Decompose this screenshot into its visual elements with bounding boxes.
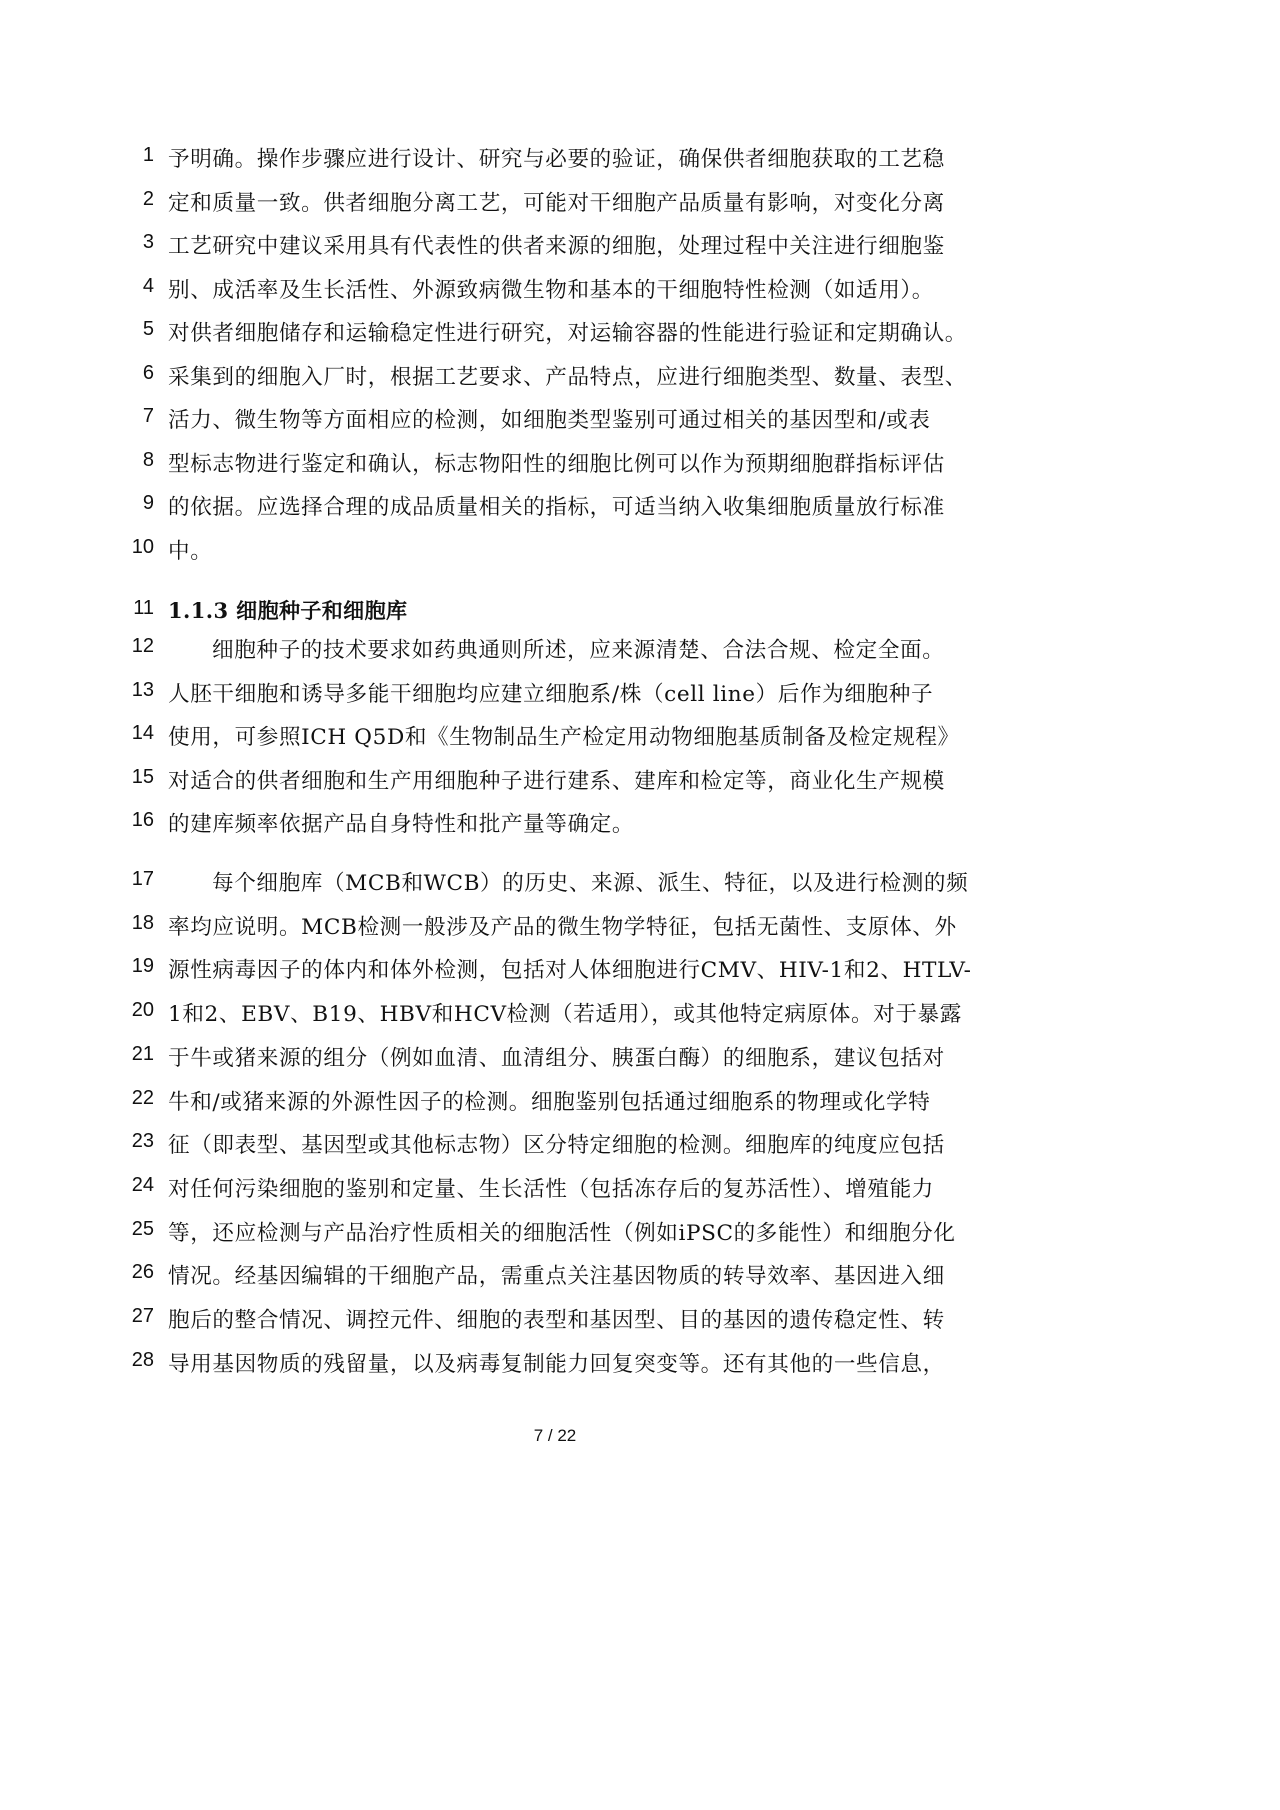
line-number: 5 [100, 318, 154, 341]
line-number: 7 [100, 405, 154, 428]
line-text: 情况。经基因编辑的干细胞产品，需重点关注基因物质的转导效率、基因进入细 [168, 1259, 1118, 1290]
document-page: 1 予明确。操作步骤应进行设计、研究与必要的验证，确保供者细胞获取的工艺稳 2 … [0, 0, 1280, 1810]
line-text: 牛和/或猪来源的外源性因子的检测。细胞鉴别包括通过细胞系的物理或化学特 [168, 1085, 1118, 1116]
line-text: 于牛或猪来源的组分（例如血清、血清组分、胰蛋白酶）的细胞系，建议包括对 [168, 1041, 1118, 1072]
text-line: 21 于牛或猪来源的组分（例如血清、血清组分、胰蛋白酶）的细胞系，建议包括对 [0, 1039, 1280, 1073]
text-line: 15 对适合的供者细胞和生产用细胞种子进行建系、建库和检定等，商业化生产规模 [0, 762, 1280, 796]
section-heading-line: 11 1.1.3 细胞种子和细胞库 [0, 593, 1280, 627]
text-line: 23 征（即表型、基因型或其他标志物）区分特定细胞的检测。细胞库的纯度应包括 [0, 1126, 1280, 1160]
text-line: 2 定和质量一致。供者细胞分离工艺，可能对干细胞产品质量有影响，对变化分离 [0, 184, 1280, 218]
text-line: 4 别、成活率及生长活性、外源致病微生物和基本的干细胞特性检测（如适用）。 [0, 271, 1280, 305]
line-number: 4 [100, 275, 154, 298]
line-text: 定和质量一致。供者细胞分离工艺，可能对干细胞产品质量有影响，对变化分离 [168, 186, 1118, 217]
line-text: 的依据。应选择合理的成品质量相关的指标，可适当纳入收集细胞质量放行标准 [168, 490, 1118, 521]
line-number: 27 [100, 1305, 154, 1328]
line-text: 采集到的细胞入厂时，根据工艺要求、产品特点，应进行细胞类型、数量、表型、 [168, 360, 1118, 391]
line-number: 26 [100, 1261, 154, 1284]
line-text: 源性病毒因子的体内和体外检测，包括对人体细胞进行CMV、HIV-1和2、HTLV… [168, 953, 1118, 984]
line-number: 13 [100, 679, 154, 702]
line-text: 每个细胞库（MCB和WCB）的历史、来源、派生、特征，以及进行检测的频 [168, 866, 1118, 897]
line-number: 14 [100, 722, 154, 745]
text-line: 1 予明确。操作步骤应进行设计、研究与必要的验证，确保供者细胞获取的工艺稳 [0, 140, 1280, 174]
line-text: 人胚干细胞和诱导多能干细胞均应建立细胞系/株（cell line）后作为细胞种子 [168, 677, 1118, 708]
line-number: 2 [100, 188, 154, 211]
line-text: 使用，可参照ICH Q5D和《生物制品生产检定用动物细胞基质制备及检定规程》 [168, 720, 1118, 751]
line-number: 19 [100, 955, 154, 978]
text-line: 8 型标志物进行鉴定和确认，标志物阳性的细胞比例可以作为预期细胞群指标评估 [0, 445, 1280, 479]
text-line: 12 细胞种子的技术要求如药典通则所述，应来源清楚、合法合规、检定全面。 [0, 631, 1280, 665]
text-line: 28 导用基因物质的残留量，以及病毒复制能力回复突变等。还有其他的一些信息， [0, 1345, 1280, 1379]
line-number: 9 [100, 492, 154, 515]
line-text: 的建库频率依据产品自身特性和批产量等确定。 [168, 807, 1118, 838]
line-number: 6 [100, 362, 154, 385]
line-text: 细胞种子的技术要求如药典通则所述，应来源清楚、合法合规、检定全面。 [168, 633, 1118, 664]
line-text: 对适合的供者细胞和生产用细胞种子进行建系、建库和检定等，商业化生产规模 [168, 764, 1118, 795]
text-line: 7 活力、微生物等方面相应的检测，如细胞类型鉴别可通过相关的基因型和/或表 [0, 401, 1280, 435]
line-text: 别、成活率及生长活性、外源致病微生物和基本的干细胞特性检测（如适用）。 [168, 273, 1118, 304]
line-text: 等，还应检测与产品治疗性质相关的细胞活性（例如iPSC的多能性）和细胞分化 [168, 1216, 1118, 1247]
line-number: 25 [100, 1218, 154, 1241]
line-number: 23 [100, 1130, 154, 1153]
line-number: 8 [100, 449, 154, 472]
line-number: 3 [100, 231, 154, 254]
text-line: 19 源性病毒因子的体内和体外检测，包括对人体细胞进行CMV、HIV-1和2、H… [0, 951, 1280, 985]
line-number: 18 [100, 912, 154, 935]
line-text: 导用基因物质的残留量，以及病毒复制能力回复突变等。还有其他的一些信息， [168, 1347, 1118, 1378]
text-line: 18 率均应说明。MCB检测一般涉及产品的微生物学特征，包括无菌性、支原体、外 [0, 908, 1280, 942]
line-text: 予明确。操作步骤应进行设计、研究与必要的验证，确保供者细胞获取的工艺稳 [168, 142, 1118, 173]
line-text: 率均应说明。MCB检测一般涉及产品的微生物学特征，包括无菌性、支原体、外 [168, 910, 1118, 941]
line-number: 28 [100, 1349, 154, 1372]
text-line: 20 1和2、EBV、B19、HBV和HCV检测（若适用），或其他特定病原体。对… [0, 995, 1280, 1029]
line-number: 15 [100, 766, 154, 789]
text-line: 16 的建库频率依据产品自身特性和批产量等确定。 [0, 805, 1280, 839]
text-line: 5 对供者细胞储存和运输稳定性进行研究，对运输容器的性能进行验证和定期确认。 [0, 314, 1280, 348]
line-number: 16 [100, 809, 154, 832]
text-line: 14 使用，可参照ICH Q5D和《生物制品生产检定用动物细胞基质制备及检定规程… [0, 718, 1280, 752]
line-text: 工艺研究中建议采用具有代表性的供者来源的细胞，处理过程中关注进行细胞鉴 [168, 229, 1118, 260]
text-line: 13 人胚干细胞和诱导多能干细胞均应建立细胞系/株（cell line）后作为细… [0, 675, 1280, 709]
text-line: 25 等，还应检测与产品治疗性质相关的细胞活性（例如iPSC的多能性）和细胞分化 [0, 1214, 1280, 1248]
page-number: 7 / 22 [0, 1426, 1110, 1446]
line-number: 11 [100, 597, 154, 620]
line-text: 中。 [168, 534, 1118, 565]
line-text: 1和2、EBV、B19、HBV和HCV检测（若适用），或其他特定病原体。对于暴露 [168, 997, 1118, 1028]
text-line: 17 每个细胞库（MCB和WCB）的历史、来源、派生、特征，以及进行检测的频 [0, 864, 1280, 898]
text-line: 26 情况。经基因编辑的干细胞产品，需重点关注基因物质的转导效率、基因进入细 [0, 1257, 1280, 1291]
line-number: 12 [100, 635, 154, 658]
text-line: 3 工艺研究中建议采用具有代表性的供者来源的细胞，处理过程中关注进行细胞鉴 [0, 227, 1280, 261]
line-number: 24 [100, 1174, 154, 1197]
section-heading: 1.1.3 细胞种子和细胞库 [168, 595, 1118, 625]
line-text: 征（即表型、基因型或其他标志物）区分特定细胞的检测。细胞库的纯度应包括 [168, 1128, 1118, 1159]
line-text: 对任何污染细胞的鉴别和定量、生长活性（包括冻存后的复苏活性）、增殖能力 [168, 1172, 1118, 1203]
text-line: 22 牛和/或猪来源的外源性因子的检测。细胞鉴别包括通过细胞系的物理或化学特 [0, 1083, 1280, 1117]
line-number: 21 [100, 1043, 154, 1066]
line-text: 对供者细胞储存和运输稳定性进行研究，对运输容器的性能进行验证和定期确认。 [168, 316, 1118, 347]
line-number: 10 [100, 536, 154, 559]
text-line: 24 对任何污染细胞的鉴别和定量、生长活性（包括冻存后的复苏活性）、增殖能力 [0, 1170, 1280, 1204]
line-text: 胞后的整合情况、调控元件、细胞的表型和基因型、目的基因的遗传稳定性、转 [168, 1303, 1118, 1334]
line-number: 1 [100, 144, 154, 167]
text-line: 6 采集到的细胞入厂时，根据工艺要求、产品特点，应进行细胞类型、数量、表型、 [0, 358, 1280, 392]
line-number: 17 [100, 868, 154, 891]
text-line: 10 中。 [0, 532, 1280, 566]
text-line: 9 的依据。应选择合理的成品质量相关的指标，可适当纳入收集细胞质量放行标准 [0, 488, 1280, 522]
line-text: 型标志物进行鉴定和确认，标志物阳性的细胞比例可以作为预期细胞群指标评估 [168, 447, 1118, 478]
text-line: 27 胞后的整合情况、调控元件、细胞的表型和基因型、目的基因的遗传稳定性、转 [0, 1301, 1280, 1335]
line-number: 22 [100, 1087, 154, 1110]
line-text: 活力、微生物等方面相应的检测，如细胞类型鉴别可通过相关的基因型和/或表 [168, 403, 1118, 434]
line-number: 20 [100, 999, 154, 1022]
